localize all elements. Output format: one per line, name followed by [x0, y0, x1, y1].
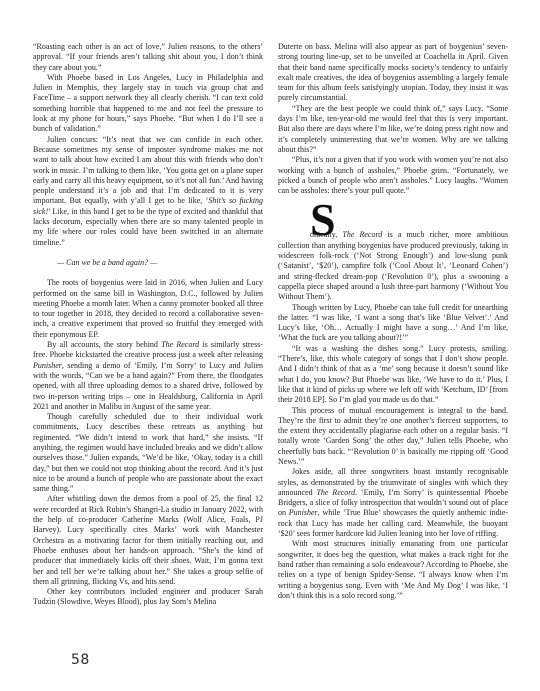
paragraph: With most structures initially emanating…: [278, 539, 508, 601]
paragraph: Duterte on bass. Melina will also appear…: [278, 42, 508, 104]
paragraph: After whittling down the demos from a po…: [33, 494, 263, 587]
magazine-page: “Roasting each other is an act of love,”…: [0, 0, 540, 691]
paragraph: With Phoebe based in Los Angeles, Lucy i…: [33, 73, 263, 135]
section-divider: — Can we be a band again? —: [33, 258, 263, 268]
paragraph: The roots of boygenius were laid in 2016…: [33, 278, 263, 340]
paragraph: “Roasting each other is an act of love,”…: [33, 42, 263, 73]
paragraph: This process of mutual encouragement is …: [278, 406, 508, 468]
paragraph: Though carefully scheduled due to their …: [33, 412, 263, 494]
paragraph: Other key contributors included engineer…: [33, 587, 263, 608]
paragraph: Sonically, The Record is a much richer, …: [278, 230, 508, 302]
paragraph: “They are the best people we could think…: [278, 104, 508, 155]
paragraph: “Plus, it’s not a given that if you work…: [278, 155, 508, 196]
paragraph: Jokes aside, all three songwriters boast…: [278, 467, 508, 539]
paragraph: “It was a washing the dishes song.” Lucy…: [278, 344, 508, 406]
article-column-right: Duterte on bass. Melina will also appear…: [278, 42, 508, 608]
paragraph: By all accounts, the story behind The Re…: [33, 340, 263, 412]
page-number: 58: [71, 652, 90, 668]
article-body: “Roasting each other is an act of love,”…: [33, 42, 508, 608]
paragraph: Julien concurs: “It’s neat that we can c…: [33, 135, 263, 248]
drop-cap-letter: S: [278, 197, 336, 243]
article-column-left: “Roasting each other is an act of love,”…: [33, 42, 263, 608]
paragraph: Though written by Lucy, Phoebe can take …: [278, 303, 508, 344]
